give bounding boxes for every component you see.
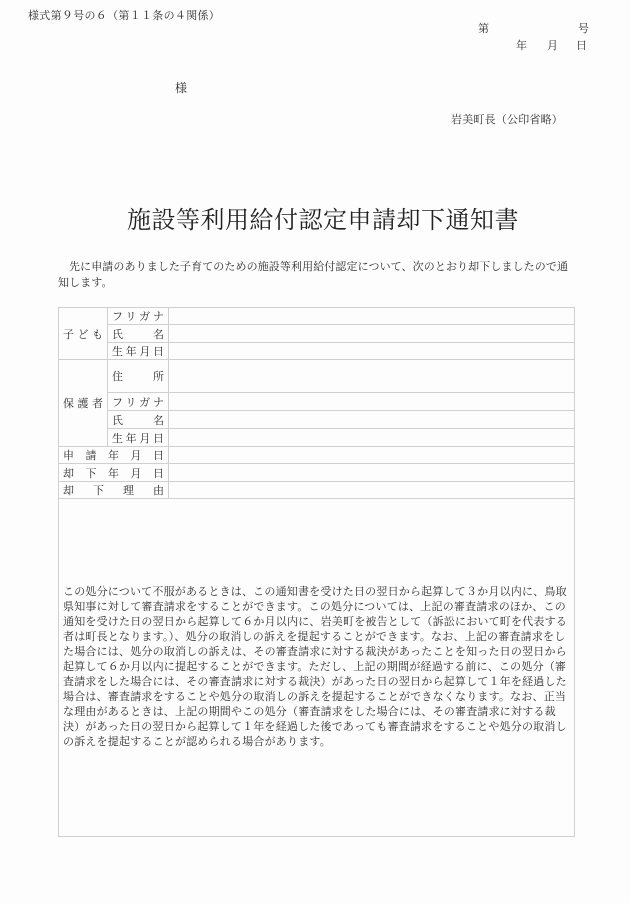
rejection-reason-label: 却下理由 [59,482,169,499]
application-date-label: 申請年月日 [59,447,169,464]
guardian-birthdate-label: 生年月日 [108,429,169,447]
child-name-label: 氏名 [108,325,169,343]
rejection-reason-value [169,482,575,499]
sender-name: 岩美町長（公印省略） [451,111,563,127]
date-year-label: 年 [516,37,527,53]
guardian-group-label: 保護者 [59,360,108,447]
child-furigana-value [169,308,575,325]
body-paragraph: 先に申請のありました子育てのための施設等利用給付認定について、次のとおり却下しま… [58,259,574,291]
appeal-notice-text: この処分について不服があるときは、この通知書を受けた日の翌日から起算して３か月以… [59,499,575,837]
guardian-birthdate-value [169,429,575,447]
guardian-name-label: 氏名 [108,411,169,429]
doc-number-prefix: 第 [478,20,489,36]
rejection-date-label: 却下年月日 [59,464,169,482]
guardian-address-label: 住所 [108,360,169,393]
rejection-date-value [169,464,575,482]
application-date-value [169,447,575,464]
child-group-label: 子ども [59,308,108,360]
child-birthdate-value [169,343,575,360]
date-day-label: 日 [576,37,587,53]
guardian-name-value [169,411,575,429]
date-month-label: 月 [547,37,558,53]
document-page: 様式第９号の６（第１１条の４関係） 第 号 年 月 日 様 岩美町長（公印省略）… [0,0,630,903]
child-furigana-label: フリガナ [108,308,169,325]
document-title: 施設等利用給付認定申請却下通知書 [0,200,630,235]
child-birthdate-label: 生年月日 [108,343,169,360]
guardian-furigana-value [169,393,575,411]
form-number-label: 様式第９号の６（第１１条の４関係） [28,7,220,23]
child-name-value [169,325,575,343]
guardian-address-value [169,360,575,393]
rejection-table: 子ども フリガナ 氏名 生年月日 保護者 住所 フリガナ [58,307,575,837]
doc-number-suffix: 号 [578,20,589,36]
guardian-furigana-label: フリガナ [108,393,169,411]
addressee-honorific: 様 [175,79,187,96]
